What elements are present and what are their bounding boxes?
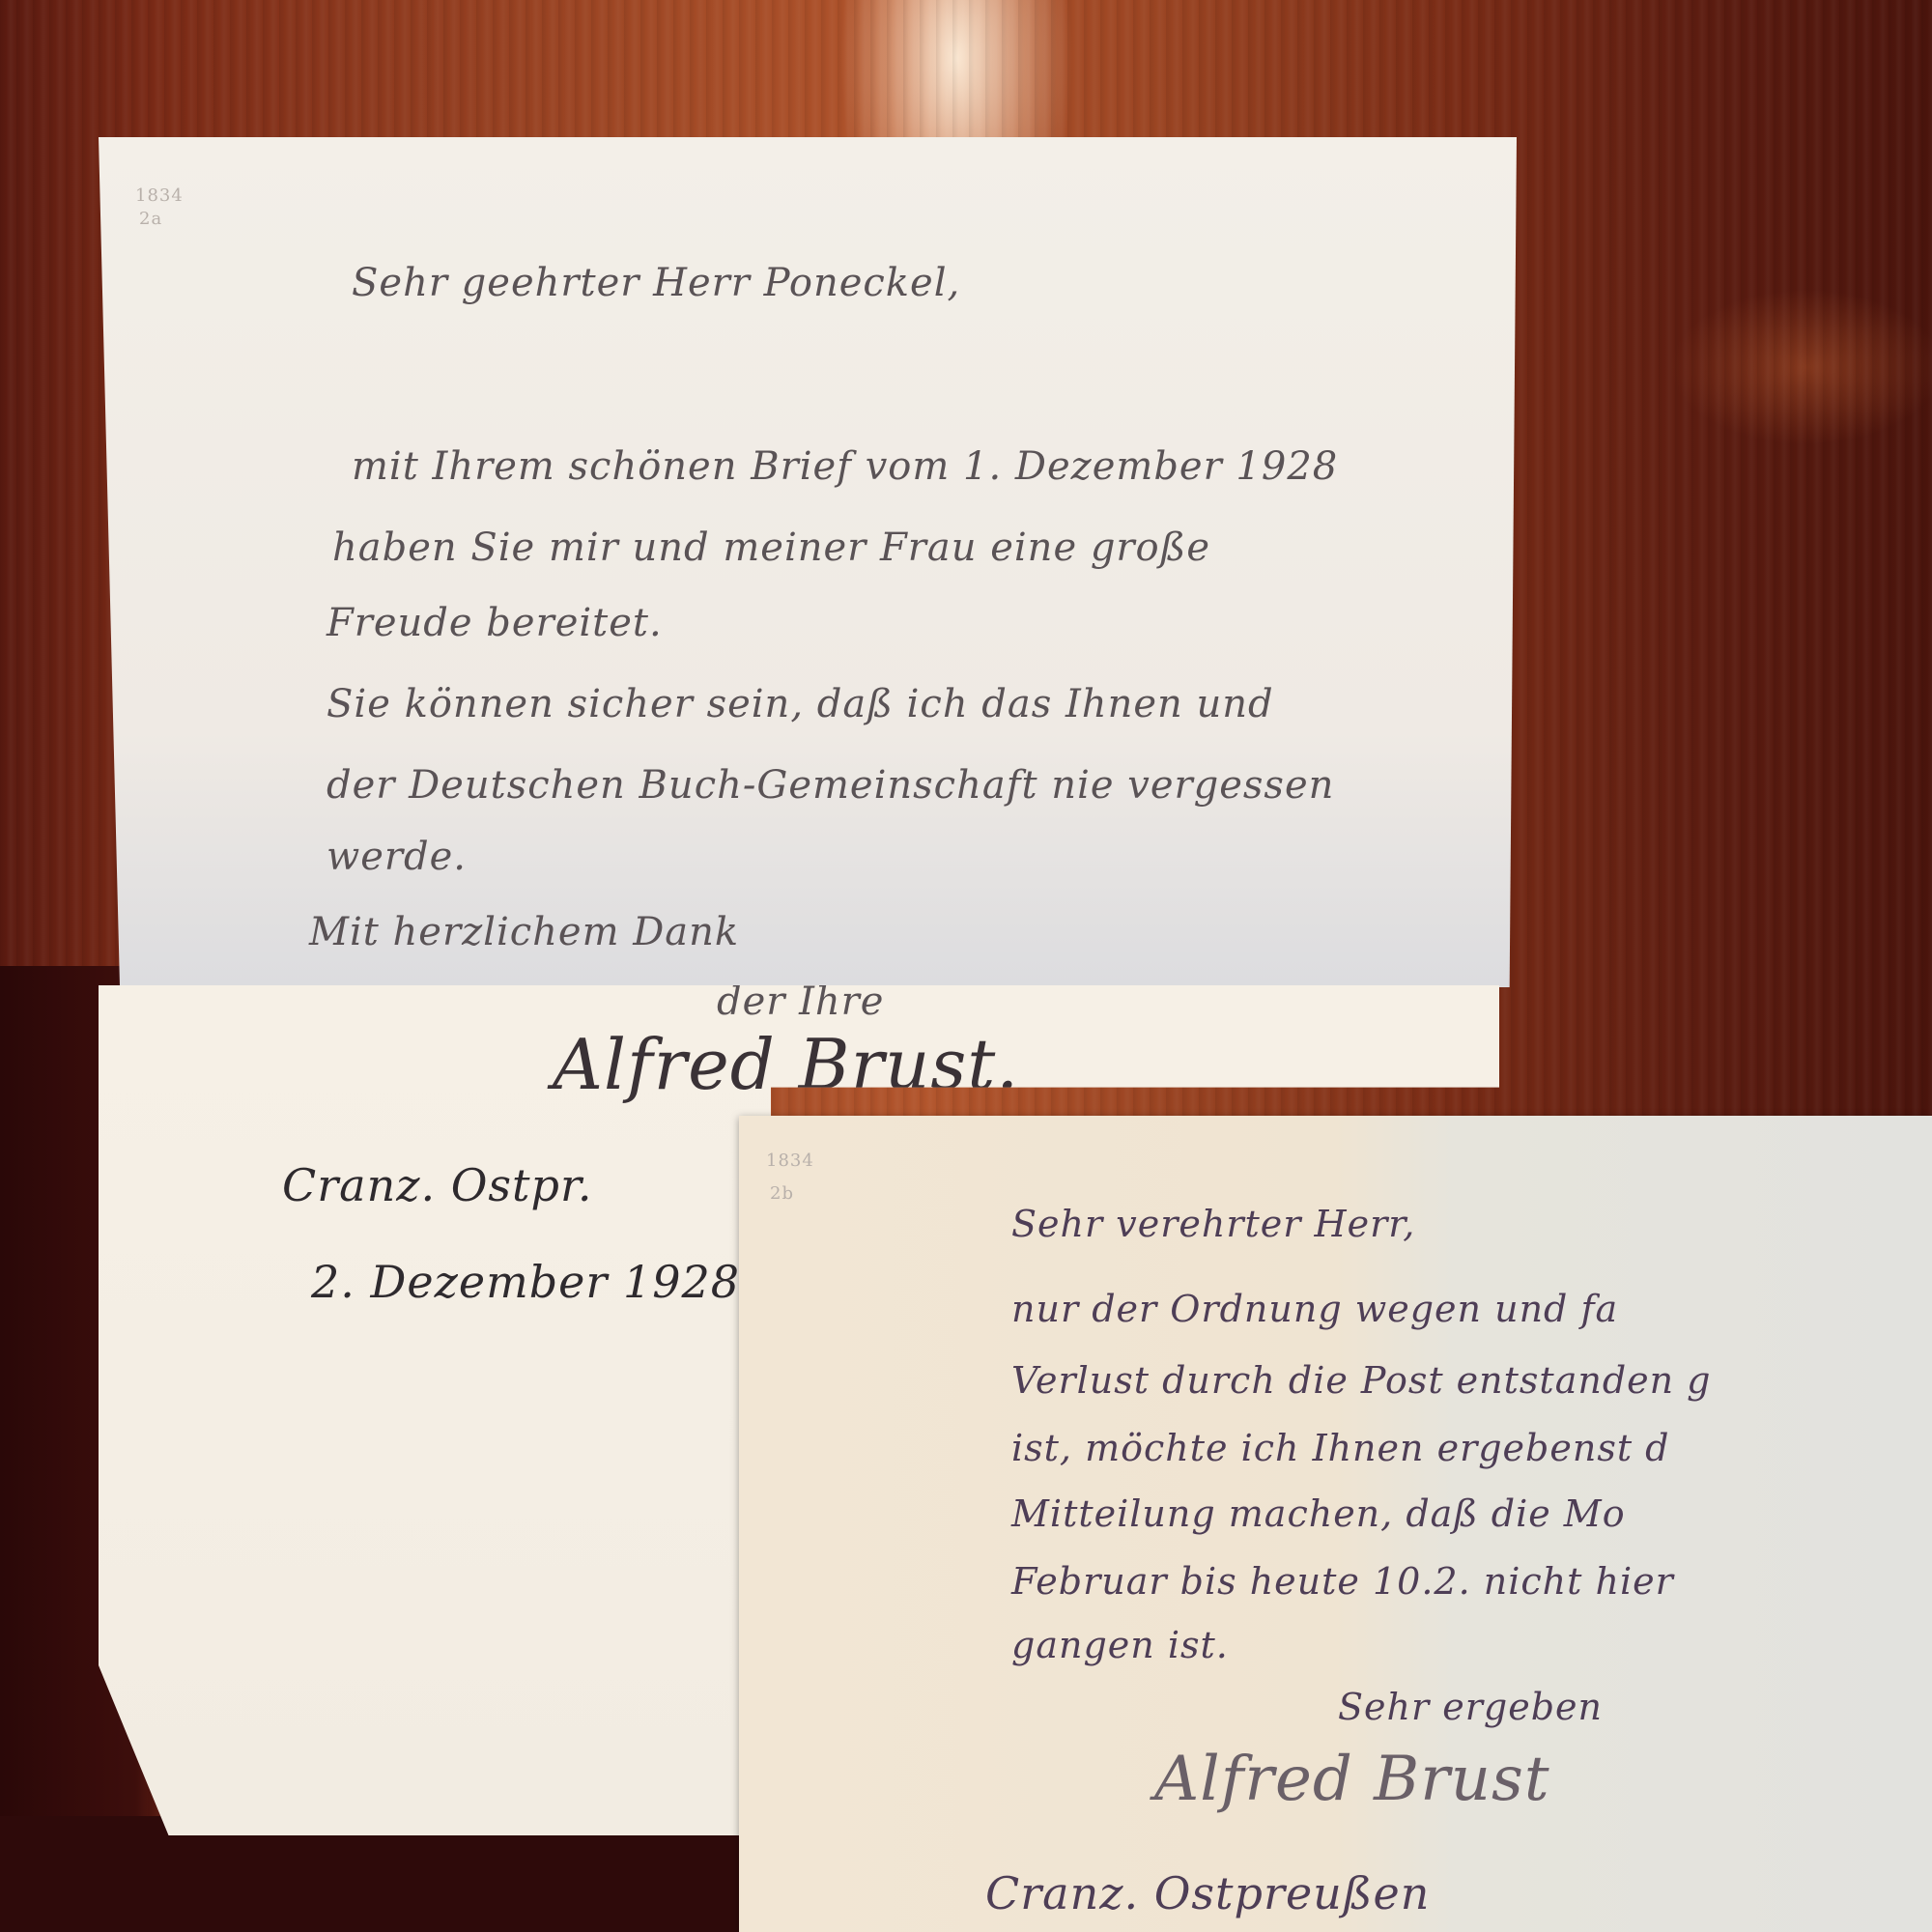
letter-1-body-line: der Deutschen Buch-Gemeinschaft nie verg… <box>327 763 1334 808</box>
letter-2-salutation: Sehr verehrter Herr, <box>1011 1203 1415 1245</box>
letter-2-body-line: nur der Ordnung wegen und fa <box>1011 1288 1618 1330</box>
letter-1-body-line: Freude bereitet. <box>327 601 663 645</box>
letter-1-date: 2. Dezember 1928. <box>311 1256 755 1308</box>
letter-1-upper-page: 1834 2a Sehr geehrter Herr Poneckel, mit… <box>99 137 1517 987</box>
letter-1-place: Cranz. Ostpr. <box>282 1159 593 1211</box>
archive-mark-number: 1834 <box>766 1151 814 1171</box>
letter-2-page: 1834 2b Sehr verehrter Herr, nur der Ord… <box>739 1116 1932 1932</box>
letter-1-salutation: Sehr geehrter Herr Poneckel, <box>352 261 960 305</box>
letter-1-body-line: werde. <box>327 835 467 879</box>
letter-2-place: Cranz. Ostpreußen <box>985 1867 1430 1919</box>
letter-1-signature: Alfred Brust. <box>553 1024 1019 1105</box>
letter-1-body-line: mit Ihrem schönen Brief vom 1. Dezember … <box>352 444 1338 489</box>
archive-mark-sub: 2a <box>139 209 162 229</box>
letter-2-signature: Alfred Brust <box>1154 1744 1550 1815</box>
letter-2-body-line: Februar bis heute 10.2. nicht hier <box>1011 1560 1674 1603</box>
letter-2-body-line: Verlust durch die Post entstanden g <box>1011 1359 1712 1402</box>
letter-2-body-line: ist, möchte ich Ihnen ergebenst d <box>1011 1427 1670 1469</box>
letter-1-body-line: haben Sie mir und meiner Frau eine große <box>332 526 1210 570</box>
letter-2-body-line: Mitteilung machen, daß die Mo <box>1011 1492 1626 1535</box>
letter-1-closing-2: der Ihre <box>717 980 884 1024</box>
letter-2-body-line: gangen ist. <box>1011 1624 1229 1666</box>
letter-1-closing: Mit herzlichem Dank <box>309 910 739 954</box>
archive-mark-sub: 2b <box>770 1183 794 1204</box>
letter-1-body-line: Sie können sicher sein, daß ich das Ihne… <box>327 682 1274 726</box>
archive-mark-number: 1834 <box>135 185 184 206</box>
letter-2-closing: Sehr ergeben <box>1338 1686 1603 1728</box>
